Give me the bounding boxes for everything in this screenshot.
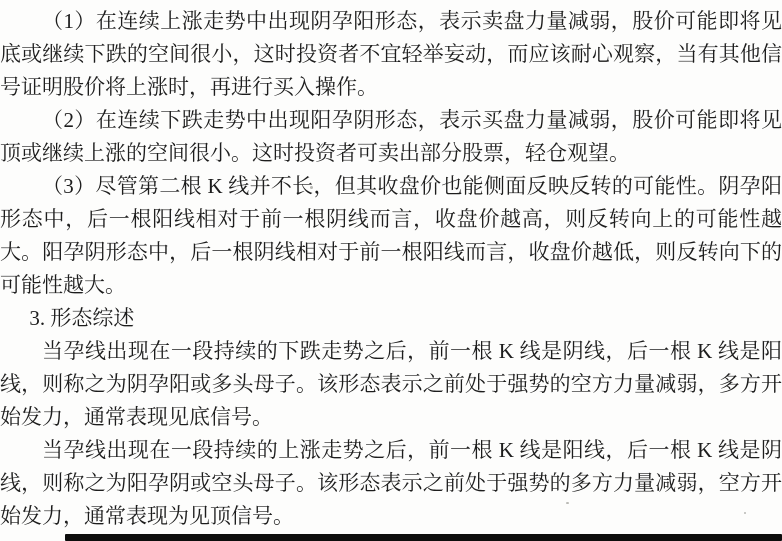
scan-dust-speck: [310, 186, 313, 189]
scan-dust-speck: [566, 502, 569, 504]
paragraph-1: （1）在连续上涨走势中出现阴孕阳形态，表示卖盘力量减弱，股价可能即将见底或继续下…: [0, 5, 782, 104]
document-page: （1）在连续上涨走势中出现阴孕阳形态，表示卖盘力量减弱，股价可能即将见底或继续下…: [0, 0, 782, 541]
paragraph-5: 当孕线出现在一段持续的上涨走势之后，前一根 K 线是阳线，后一根 K 线是阴线，…: [0, 434, 782, 533]
section-heading: 3. 形态综述: [0, 302, 782, 335]
paragraph-2: （2）在连续下跌走势中出现阳孕阴形态，表示买盘力量减弱，股价可能即将见顶或继续上…: [0, 104, 782, 170]
paragraph-4: 当孕线出现在一段持续的下跌走势之后，前一根 K 线是阴线，后一根 K 线是阳线，…: [0, 335, 782, 434]
paragraph-3: （3）尽管第二根 K 线并不长，但其收盘价也能侧面反映反转的可能性。阴孕阳形态中…: [0, 170, 782, 302]
scan-dust-speck: [744, 512, 746, 514]
scan-artifact-bar: [65, 534, 782, 541]
